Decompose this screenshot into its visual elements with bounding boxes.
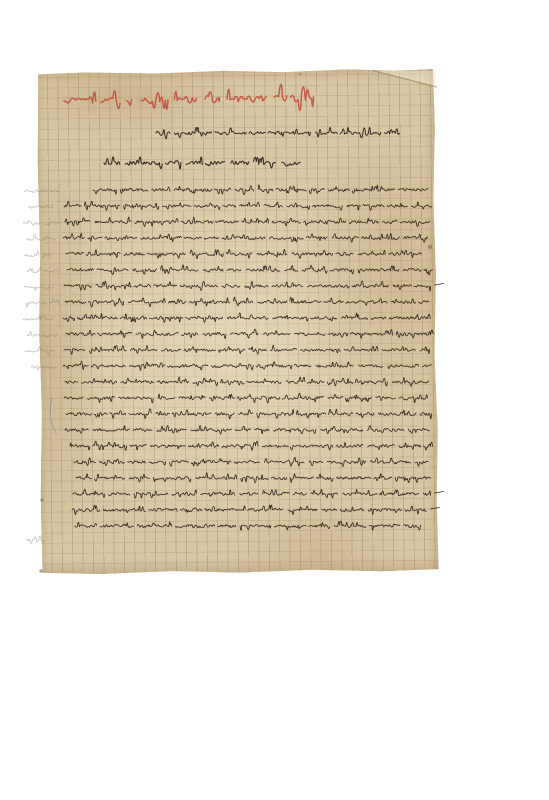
scanned-letter-page: Αιθ. Ζαρια 4. Μαϊ 1911 Εν Αδριανουπολει … xyxy=(0,0,549,800)
letter-paper xyxy=(37,68,440,575)
